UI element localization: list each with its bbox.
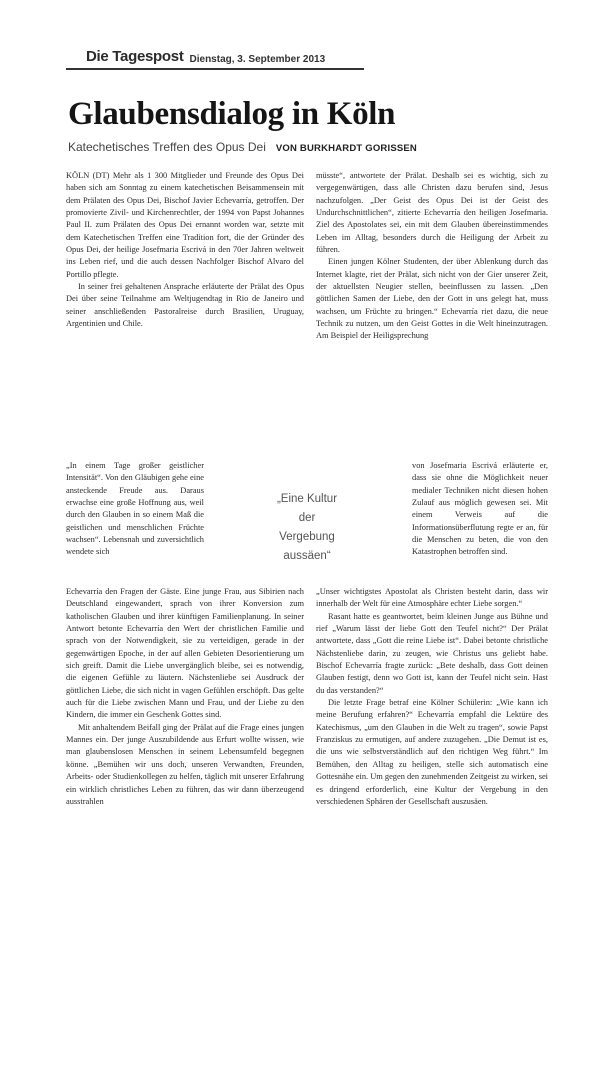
- paragraph: müsste“, antwortete der Prälat. Deshalb …: [316, 170, 548, 256]
- article-byline: Von Burkhardt Gorissen: [276, 143, 417, 154]
- article-kicker: Katechetisches Treffen des Opus Dei: [68, 140, 266, 154]
- paragraph: Die letzte Frage betraf eine Kölner Schü…: [316, 697, 548, 808]
- column-left-top: KÖLN (DT) Mehr als 1 300 Mitglieder und …: [66, 170, 304, 460]
- paragraph: In seiner frei gehaltenen Ansprache erlä…: [66, 281, 304, 330]
- paragraph: KÖLN (DT) Mehr als 1 300 Mitglieder und …: [66, 170, 304, 281]
- article-headline: Glaubensdialog in Köln: [68, 94, 395, 134]
- paragraph: Rasant hatte es geantwortet, beim kleine…: [316, 611, 548, 697]
- issue-date: Dienstag, 3. September 2013: [190, 54, 326, 65]
- masthead: Die Tagespost Dienstag, 3. September 201…: [66, 46, 364, 70]
- paragraph: Einen jungen Kölner Studenten, der über …: [316, 256, 548, 342]
- column-left-bottom: Echevarría den Fragen der Gäste. Eine ju…: [66, 586, 304, 1026]
- column-right-top: müsste“, antwortete der Prälat. Deshalb …: [316, 170, 548, 460]
- paragraph: „Unser wichtigstes Apostolat als Christe…: [316, 586, 548, 611]
- column-right-bottom: „Unser wichtigstes Apostolat als Christe…: [316, 586, 548, 1016]
- pull-quote: „Eine Kultur der Vergebung aussäen“: [232, 490, 382, 566]
- paragraph: Echevarría den Fragen der Gäste. Eine ju…: [66, 586, 304, 722]
- newspaper-name: Die Tagespost: [86, 48, 184, 65]
- column-right-middle: von Josefmaria Escrivá erläuterte er, da…: [412, 460, 548, 584]
- pull-quote-line: der: [232, 509, 382, 528]
- pull-quote-line: „Eine Kultur: [232, 490, 382, 509]
- pull-quote-line: aussäen“: [232, 547, 382, 566]
- article-subline: Katechetisches Treffen des Opus Dei Von …: [68, 140, 417, 154]
- column-left-middle: „In einem Tage großer geistlicher Intens…: [66, 460, 204, 584]
- paragraph: „In einem Tage großer geistlicher Intens…: [66, 460, 204, 559]
- paragraph: Mit anhaltendem Beifall ging der Prälat …: [66, 722, 304, 808]
- paragraph: von Josefmaria Escrivá erläuterte er, da…: [412, 460, 548, 559]
- pull-quote-line: Vergebung: [232, 528, 382, 547]
